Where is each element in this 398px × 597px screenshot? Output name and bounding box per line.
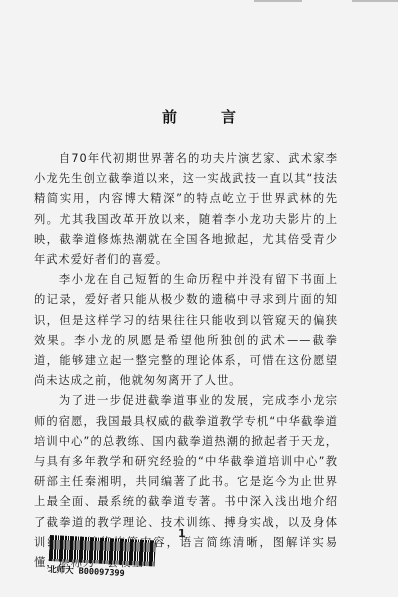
paragraph: 李小龙在自己短暂的生命历程中并没有留下书面上的记录，爱好者只能从极少数的遗稿中寻… [34,270,338,391]
library-barcode-stamp: 北师大B00097399 [48,535,156,582]
scan-edge-mark [352,0,398,2]
barcode-number: B00097399 [78,567,125,579]
paragraph: 自70年代初期世界著名的功夫片演艺家、武术家李小龙先生创立截拳道以来，这一实战武… [34,149,338,270]
barcode-icon [49,535,156,567]
scan-edge-mark [254,0,302,2]
page-number: 1 [178,527,186,540]
library-label: 北师大 [48,565,74,576]
preface-body: 自70年代初期世界著名的功夫片演艺家、武术家李小龙先生创立截拳道以来，这一实战武… [34,149,338,573]
page-title: 前言 [0,106,398,127]
